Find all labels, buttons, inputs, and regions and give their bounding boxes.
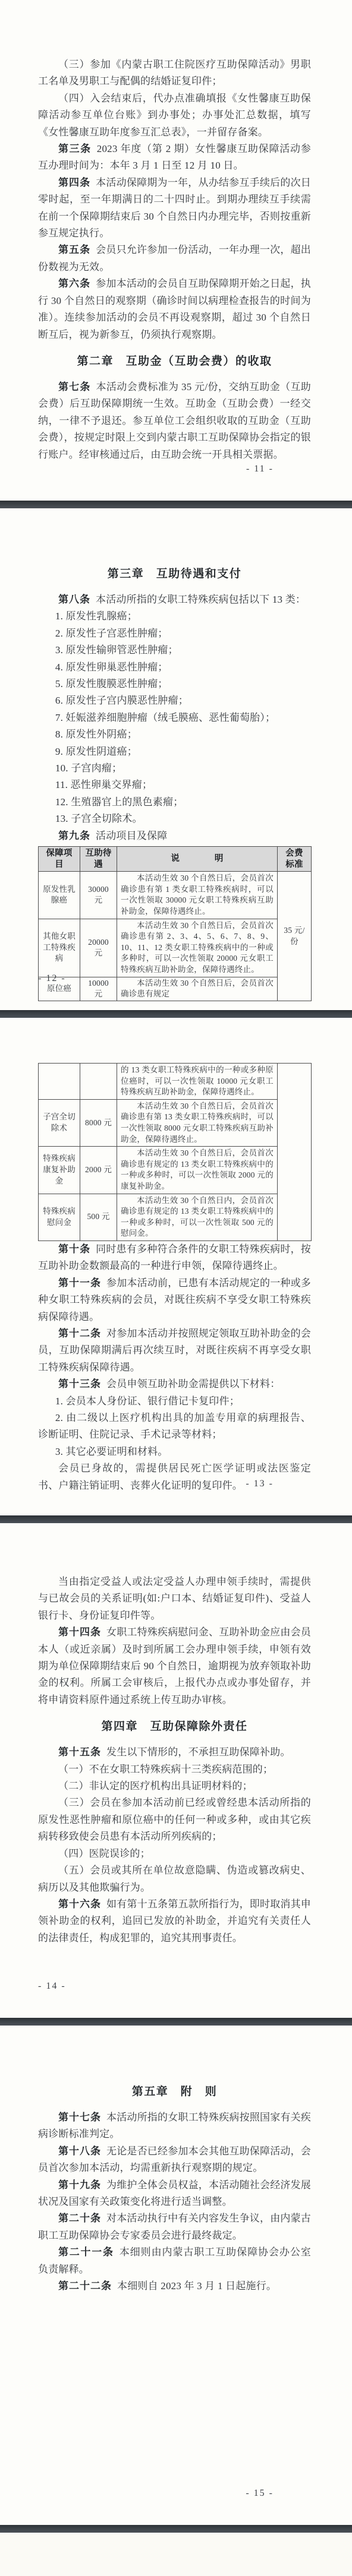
page-number: - 13 - [246, 1479, 274, 1489]
paragraph: 第十三条会员申领互助补助金需提供以下材料： [38, 1376, 311, 1393]
paragraph-text: 女职工特殊疾病慰问金、互助补助金应由会员本人（或近亲属）及时到所属工会办理申领手… [38, 1626, 311, 1705]
paragraph-text: 2. 原发性子宫恶性肿瘤； [55, 628, 168, 639]
page-number: - 15 - [246, 2488, 274, 2499]
document-page: 的 13 类女职工特殊疾病中的一种或多种原位癌时，可以一次性领取 10000 元… [0, 1018, 352, 1515]
paragraph-text: 7. 妊娠滋养细胞肿瘤（绒毛膜癌、恶性葡萄胎）； [55, 712, 275, 723]
paragraph: 第七条本活动会费标准为 35 元/份，交纳互助金（互助会费）后互助保障期统一生效… [38, 379, 311, 463]
page-separator [0, 1515, 352, 1523]
benefit-item-cell: 子宫全切除术 [39, 1099, 80, 1146]
benefit-item-cell [39, 1064, 80, 1100]
list-item: 1. 会员本人身份证、银行借记卡复印件； [38, 1393, 311, 1410]
paragraph: （三）参加《内蒙古职工住院医疗互助保障活动》男职工名单及男职工与配偶的结婚证复印… [38, 56, 311, 90]
document-viewer: （三）参加《内蒙古职工住院医疗互助保障活动》男职工名单及男职工与配偶的结婚证复印… [0, 0, 352, 2576]
list-item: 1. 原发性乳腺癌； [38, 608, 311, 625]
page-separator [0, 501, 352, 508]
page-number: - 11 - [246, 464, 274, 474]
list-item: 7. 妊娠滋养细胞肿瘤（绒毛膜癌、恶性葡萄胎）； [38, 710, 311, 726]
article-number: 第七条 [58, 381, 91, 393]
paragraph: 第十二条对参加本活动并按照规定领取互助补助金的会员，互助保障期满后再次续互时，对… [38, 1325, 311, 1376]
document-page [0, 2533, 352, 2576]
benefit-amount-cell: 20000 元 [80, 919, 117, 977]
article-number: 第六条 [58, 278, 90, 289]
article-number: 第十五条 [58, 1746, 101, 1758]
benefit-amount-cell: 10000 元 [80, 977, 117, 1001]
paragraph-text: 1. 会员本人身份证、银行借记卡复印件； [55, 1395, 240, 1407]
paragraph-text: 当由指定受益人或法定受益人办理申领手续时，需提供与已故会员的关系证明(如:户口本… [38, 1576, 311, 1621]
paragraph: 第十五条发生以下情形的，不承担互助保障补助。 [38, 1744, 311, 1761]
chapter-heading: 第二章 互助金（互助会费）的收取 [38, 353, 311, 371]
benefit-item-cell: 原发性乳腺癌 [39, 872, 80, 919]
article-number: 第二十二条 [58, 2280, 112, 2292]
paragraph-text: 发生以下情形的，不承担互助保障补助。 [106, 1746, 291, 1758]
table-row: 原位癌10000 元本活动生效 30 个自然日后，会员首次确诊患有规定 [39, 977, 312, 1001]
document-page: 当由指定受益人或法定受益人办理申领手续时，需提供与已故会员的关系证明(如:户口本… [0, 1523, 352, 2018]
paragraph-text: 8. 原发性外阴癌； [55, 729, 137, 740]
benefit-amount-cell: 500 元 [80, 1194, 117, 1240]
table-row: 子宫全切除术8000 元本活动生效 30 个自然日后，会员首次确诊患有第 13 … [39, 1099, 312, 1146]
list-item: 11. 恶性卵巢交界瘤； [38, 777, 311, 793]
list-item: 5. 原发性腹膜恶性肿瘤； [38, 676, 311, 692]
article-number: 第五条 [58, 244, 90, 255]
paragraph-text: 本活动所指的女职工特殊疾病包括以下 13 类： [96, 594, 306, 605]
paragraph: 第八条本活动所指的女职工特殊疾病包括以下 13 类： [38, 591, 311, 608]
paragraph: 第十一条参加本活动前，已患有本活动规定的一种或多种女职工特殊疾病的会员，对既往疾… [38, 1275, 311, 1325]
paragraph-text: （三）会员在参加本活动前已经或曾经患本活动所指的原发性恶性肿瘤和原位癌中的任何一… [38, 1797, 311, 1842]
list-item: 4. 原发性卵巢恶性肿瘤； [38, 659, 311, 676]
article-number: 第九条 [58, 830, 90, 841]
article-number: 第十条 [58, 1243, 90, 1255]
list-item: 8. 原发性外阴癌； [38, 726, 311, 743]
list-item: 6. 原发性子宫内膜恶性肿瘤； [38, 692, 311, 709]
list-item: 2. 由二级以上医疗机构出具的加盖专用章的病理报告、诊断证明、住院记录、手术记录… [38, 1410, 311, 1444]
list-item: 2. 原发性子宫恶性肿瘤； [38, 625, 311, 642]
benefit-desc-cell: 本活动生效 30 个自然日后，会员首次确诊患有规定的 13 类女职工特殊疾病中的… [117, 1147, 278, 1194]
paragraph-text: 会员申领互助补助金需提供以下材料： [106, 1378, 280, 1390]
benefit-item-cell: 特殊疾病康复补助金 [39, 1147, 80, 1194]
table-header-cell: 保障项目 [39, 847, 80, 872]
list-item: 13. 子宫全切除术。 [38, 811, 311, 827]
list-item: 3. 其它必要证明和材料。 [38, 1444, 311, 1460]
paragraph-text: 10. 子宫肉瘤； [55, 762, 122, 774]
page-number: - 14 - [38, 1981, 66, 1992]
paragraph: 第十七条本活动所指的女职工特殊疾病按照国家有关疾病诊断标准判定。 [38, 2109, 311, 2143]
article-number: 第十六条 [58, 1898, 101, 1910]
paragraph: （二）非认定的医疗机构出具证明材料的； [38, 1778, 311, 1795]
document-page: 第五章 附 则第十七条本活动所指的女职工特殊疾病按照国家有关疾病诊断标准判定。第… [0, 2026, 352, 2525]
paragraph-text: 2. 由二级以上医疗机构出具的加盖专用章的病理报告、诊断证明、住院记录、手术记录… [38, 1412, 311, 1440]
benefits-table: 保障项目互助待遇说 明会费标准原发性乳腺癌30000 元本活动生效 30 个自然… [38, 846, 312, 1001]
paragraph-text: 12. 生殖器官上的黑色素瘤； [55, 796, 184, 808]
list-item: 10. 子宫肉瘤； [38, 760, 311, 777]
page-separator [0, 2018, 352, 2026]
article-number: 第十二条 [58, 1328, 101, 1339]
benefits-table: 的 13 类女职工特殊疾病中的一种或多种原位癌时，可以一次性领取 10000 元… [38, 1063, 312, 1241]
table-row: 特殊疾病慰问金500 元本活动生效 30 个自然日内，会员首次确诊患有规定的 1… [39, 1194, 312, 1240]
benefit-item-cell: 特殊疾病慰问金 [39, 1194, 80, 1240]
paragraph: 第二十条对本活动执行中有关内容发生争议，由内蒙古职工互助保障协会专家委员会进行最… [38, 2210, 311, 2244]
paragraph-text: （四）医院误诊的； [58, 1848, 150, 1859]
paragraph: （四）入会结束后，代办点准确填报《女性馨康互助保障活动参互单位台账》到办事处；办… [38, 90, 311, 141]
table-header-cell: 说 明 [117, 847, 278, 872]
paragraph: 当由指定受益人或法定受益人办理申领手续时，需提供与已故会员的关系证明(如:户口本… [38, 1574, 311, 1624]
paragraph: （三）会员在参加本活动前已经或曾经患本活动所指的原发性恶性肿瘤和原位癌中的任何一… [38, 1795, 311, 1845]
article-number: 第十四条 [58, 1626, 101, 1638]
list-item: 12. 生殖器官上的黑色素瘤； [38, 794, 311, 811]
paragraph: 第四条本活动保障期为一年，从办结参互手续后的次日零时起，至一年期满日的二十四时止… [38, 175, 311, 242]
paragraph-text: 3. 原发性输卵管恶性肿瘤； [55, 644, 178, 656]
paragraph: （四）医院误诊的； [38, 1846, 311, 1862]
article-number: 第八条 [58, 594, 90, 605]
fee-standard-cell: 35 元/份 [278, 872, 312, 1001]
list-item: 9. 原发性阴道癌； [38, 743, 311, 760]
document-page: 第三章 互助待遇和支付第八条本活动所指的女职工特殊疾病包括以下 13 类：1. … [0, 508, 352, 1010]
paragraph-text: （一）不在女职工特殊疾病十三类疾病范围的； [58, 1764, 273, 1775]
benefit-item-cell: 其他女职工特殊疾病 [39, 919, 80, 977]
paragraph: 第十六条如有第十五条第五款所指行为，即时取消其申领补助金的权利，追回已发放的补助… [38, 1896, 311, 1947]
article-number: 第二十条 [58, 2213, 101, 2224]
page-number: - 12 - [38, 973, 66, 984]
article-number: 第十八条 [58, 2145, 101, 2157]
paragraph: 第五条会员只允许参加一份活动，一年办理一次，超出份数视为无效。 [38, 242, 311, 276]
article-number: 第十一条 [58, 1277, 101, 1289]
benefit-desc-cell: 本活动生效 30 个自然日后，会员首次确诊患有第 2、3、4、5、6、7、8、9… [117, 919, 278, 977]
paragraph: 第二十一条本细则由内蒙古职工互助保障协会办公室负责解释。 [38, 2244, 311, 2278]
paragraph-text: 本细则自 2023 年 3 月 1 日起施行。 [117, 2280, 276, 2292]
chapter-heading: 第三章 互助待遇和支付 [38, 565, 311, 583]
article-number: 第十三条 [58, 1378, 101, 1390]
paragraph-text: 1. 原发性乳腺癌； [55, 610, 137, 622]
chapter-heading: 第四章 互助保障除外责任 [38, 1718, 311, 1736]
paragraph: 第十九条为维护全体会员权益，本活动随社会经济发展状况及国家有关政策变化将进行适当… [38, 2177, 311, 2211]
table-row: 特殊疾病康复补助金2000 元本活动生效 30 个自然日后，会员首次确诊患有规定… [39, 1147, 312, 1194]
paragraph: 第十八条无论是否已经参加本会其他互助保障活动，会员首次参加本活动，均需重新执行观… [38, 2143, 311, 2177]
paragraph: 第十四条女职工特殊疾病慰问金、互助补助金应由会员本人（或近亲属）及时到所属工会办… [38, 1624, 311, 1708]
article-number: 第四条 [58, 177, 90, 188]
table-header-row: 保障项目互助待遇说 明会费标准 [39, 847, 312, 872]
paragraph: （一）不在女职工特殊疾病十三类疾病范围的； [38, 1761, 311, 1778]
table-header-cell: 会费标准 [278, 847, 312, 872]
benefit-desc-cell: 的 13 类女职工特殊疾病中的一种或多种原位癌时，可以一次性领取 10000 元… [117, 1064, 278, 1100]
article-number: 第十七条 [58, 2112, 101, 2123]
table-row: 的 13 类女职工特殊疾病中的一种或多种原位癌时，可以一次性领取 10000 元… [39, 1064, 312, 1100]
paragraph-text: 5. 原发性腹膜恶性肿瘤； [55, 678, 168, 689]
article-number: 第十九条 [58, 2179, 101, 2191]
paragraph-text: （二）非认定的医疗机构出具证明材料的； [58, 1780, 253, 1792]
paragraph-text: （三）参加《内蒙古职工住院医疗互助保障活动》男职工名单及男职工与配偶的结婚证复印… [38, 59, 311, 87]
table-row: 原发性乳腺癌30000 元本活动生效 30 个自然日后，会员首次确诊患有第 1 … [39, 872, 312, 919]
fee-standard-cell [278, 1064, 312, 1241]
paragraph-text: 活动项目及保障 [96, 830, 167, 841]
benefit-amount-cell: 2000 元 [80, 1147, 117, 1194]
paragraph: 第三条2023 年度（第 2 期）女性馨康互助保障活动参互办理时间为：本年 3 … [38, 141, 311, 175]
benefit-desc-cell: 本活动生效 30 个自然日后，会员首次确诊患有第 13 类女职工特殊疾病时，可以… [117, 1099, 278, 1146]
paragraph: （五）会员或其所在单位故意隐瞒、伪造或篡改病史、病历以及其他欺骗行为。 [38, 1862, 311, 1896]
paragraph-text: 本活动会费标准为 35 元/份，交纳互助金（互助会费）后互助保障期统一生效。互助… [38, 381, 311, 460]
page-separator [0, 1010, 352, 1018]
paragraph-text: 9. 原发性阴道癌； [55, 746, 137, 757]
benefit-amount-cell [80, 1064, 117, 1100]
chapter-heading: 第五章 附 则 [38, 2083, 311, 2101]
benefit-desc-cell: 本活动生效 30 个自然日后，会员首次确诊患有第 1 类女职工特殊疾病时，可以一… [117, 872, 278, 919]
document-page: （三）参加《内蒙古职工住院医疗互助保障活动》男职工名单及男职工与配偶的结婚证复印… [0, 0, 352, 501]
page-separator [0, 2525, 352, 2533]
benefit-amount-cell: 8000 元 [80, 1099, 117, 1146]
paragraph: 第十条同时患有多种符合条件的女职工特殊疾病时，按互助补助金数额最高的一种进行申领… [38, 1241, 311, 1275]
paragraph-text: 11. 恶性卵巢交界瘤； [55, 779, 152, 790]
benefit-amount-cell: 30000 元 [80, 872, 117, 919]
paragraph-text: 3. 其它必要证明和材料。 [55, 1446, 168, 1457]
paragraph-text: 13. 子宫全切除术。 [55, 813, 143, 824]
paragraph: 第六条参加本活动的会员自互助保障期开始之日起，执行 30 个自然日的观察期（确诊… [38, 276, 311, 343]
article-number: 第二十一条 [58, 2246, 114, 2258]
paragraph-text: （五）会员或其所在单位故意隐瞒、伪造或篡改病史、病历以及其他欺骗行为。 [38, 1865, 311, 1893]
benefit-desc-cell: 本活动生效 30 个自然日内，会员首次确诊患有规定的 13 类女职工特殊疾病中的… [117, 1194, 278, 1240]
paragraph: 第九条活动项目及保障 [38, 828, 311, 844]
paragraph-text: 4. 原发性卵巢恶性肿瘤； [55, 662, 168, 673]
paragraph-text: （四）入会结束后，代办点准确填报《女性馨康互助保障活动参互单位台账》到办事处；办… [38, 93, 311, 138]
paragraph: 第二十二条本细则自 2023 年 3 月 1 日起施行。 [38, 2278, 311, 2295]
article-number: 第三条 [58, 143, 92, 154]
benefit-desc-cell: 本活动生效 30 个自然日后，会员首次确诊患有规定 [117, 977, 278, 1001]
table-row: 其他女职工特殊疾病20000 元本活动生效 30 个自然日后，会员首次确诊患有第… [39, 919, 312, 977]
table-header-cell: 互助待遇 [80, 847, 117, 872]
paragraph-text: 6. 原发性子宫内膜恶性肿瘤； [55, 695, 188, 706]
list-item: 3. 原发性输卵管恶性肿瘤； [38, 642, 311, 659]
